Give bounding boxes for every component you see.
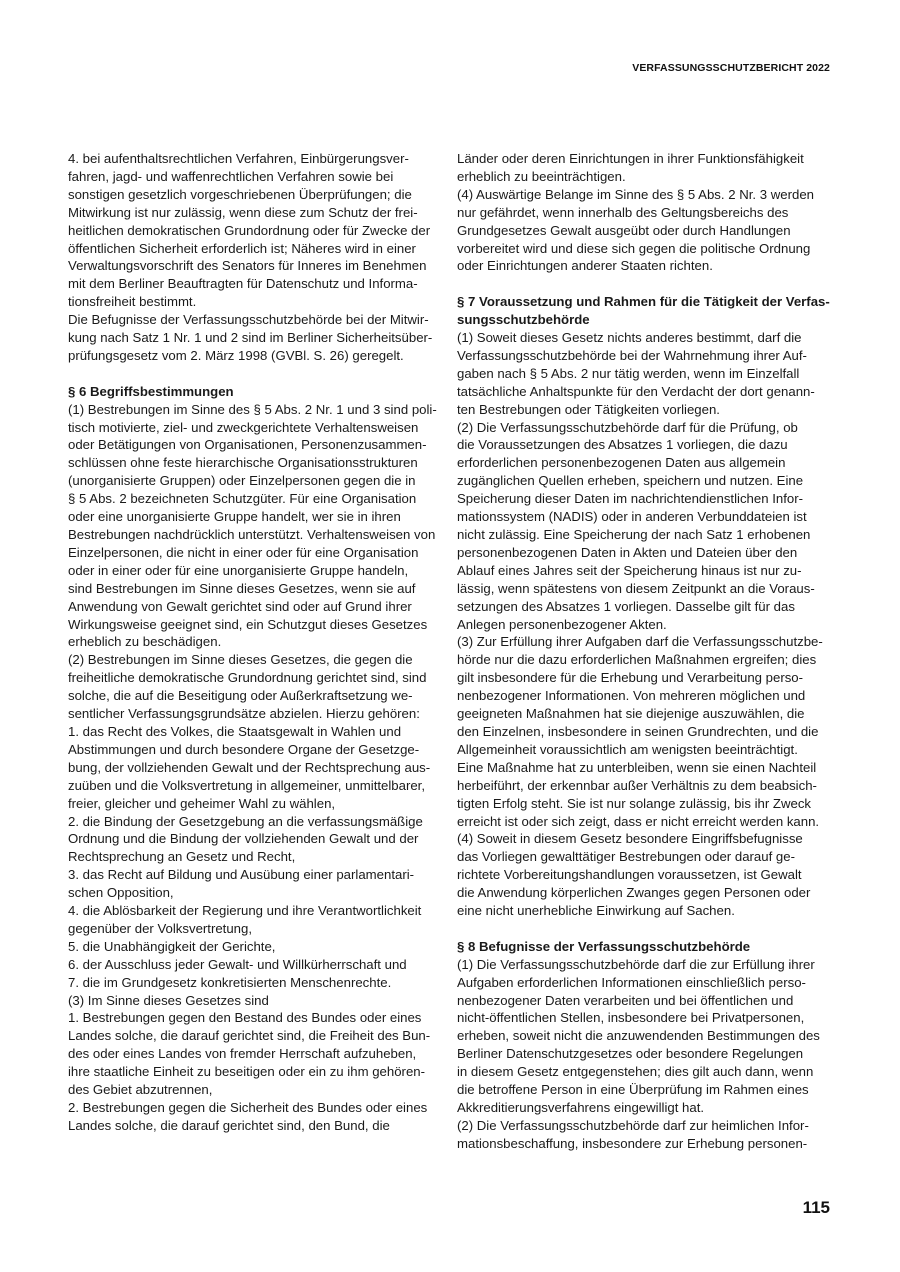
text-line: zuüben und die Volksvertretung in allgem… (68, 777, 440, 795)
text-line: kung nach Satz 1 Nr. 1 und 2 sind im Ber… (68, 329, 440, 347)
text-line: Mitwirkung ist nur zulässig, wenn diese … (68, 204, 440, 222)
text-line: nicht-öffentlichen Stellen, insbesondere… (457, 1009, 837, 1027)
text-line: tatsächliche Anhaltspunkte für den Verda… (457, 383, 837, 401)
section-heading: sungsschutzbehörde (457, 311, 837, 329)
text-line: das Vorliegen gewalttätiger Bestrebungen… (457, 848, 837, 866)
text-line: des oder eines Landes von fremder Herrsc… (68, 1045, 440, 1063)
text-line: gilt insbesondere für die Erhebung und V… (457, 669, 837, 687)
text-line: 5. die Unabhängigkeit der Gerichte, (68, 938, 440, 956)
text-line: die Voraussetzungen des Absatzes 1 vorli… (457, 436, 837, 454)
text-line: erheben, soweit nicht die anzuwendenden … (457, 1027, 837, 1045)
text-line: mationsbeschaffung, insbesondere zur Erh… (457, 1135, 837, 1153)
text-line: mationssystem (NADIS) oder in anderen Ve… (457, 508, 837, 526)
text-line: 1. Bestrebungen gegen den Bestand des Bu… (68, 1009, 440, 1027)
text-line: ten Bestrebungen oder Tätigkeiten vorlie… (457, 401, 837, 419)
text-line: Verfassungsschutzbehörde bei der Wahrneh… (457, 347, 837, 365)
text-line: § 5 Abs. 2 bezeichneten Schutzgüter. Für… (68, 490, 440, 508)
text-line: oder Betätigungen von Organisationen, Pe… (68, 436, 440, 454)
text-line: schlüssen ohne feste hierarchische Organ… (68, 454, 440, 472)
text-line: (2) Die Verfassungsschutzbehörde darf zu… (457, 1117, 837, 1135)
text-line: geeigneten Maßnahmen hat sie diejenige a… (457, 705, 837, 723)
text-line: den Einzelnen, insbesondere in seinen Gr… (457, 723, 837, 741)
text-line: Ablauf eines Jahres seit der Speicherung… (457, 562, 837, 580)
text-line: 4. die Ablösbarkeit der Regierung und ih… (68, 902, 440, 920)
text-line: schen Opposition, (68, 884, 440, 902)
text-line: Länder oder deren Einrichtungen in ihrer… (457, 150, 837, 168)
text-line: freiheitliche demokratische Grundordnung… (68, 669, 440, 687)
text-line: die Anwendung körperlichen Zwanges gegen… (457, 884, 837, 902)
paragraph-spacer (457, 275, 837, 293)
text-line: zugänglichen Quellen erheben, speichern … (457, 472, 837, 490)
text-line: öffentlichen Sicherheit erforderlich ist… (68, 240, 440, 258)
text-line: freier, gleicher und geheimer Wahl zu wä… (68, 795, 440, 813)
text-line: Akkreditierungsverfahrens eingewilligt h… (457, 1099, 837, 1117)
text-line: sind Bestrebungen im Sinne dieses Gesetz… (68, 580, 440, 598)
text-line: richtete Vorbereitungshandlungen vorauss… (457, 866, 837, 884)
text-line: 1. das Recht des Volkes, die Staatsgewal… (68, 723, 440, 741)
text-line: erforderlichen personenbezogenen Daten a… (457, 454, 837, 472)
text-line: Rechtsprechung an Gesetz und Recht, (68, 848, 440, 866)
text-line: prüfungsgesetz vom 2. März 1998 (GVBl. S… (68, 347, 440, 365)
right-column: Länder oder deren Einrichtungen in ihrer… (457, 150, 837, 1153)
text-line: (4) Soweit in diesem Gesetz besondere Ei… (457, 830, 837, 848)
text-line: (3) Zur Erfüllung ihrer Aufgaben darf di… (457, 633, 837, 651)
text-line: (2) Die Verfassungsschutzbehörde darf fü… (457, 419, 837, 437)
text-line: erheblich zu beschädigen. (68, 633, 440, 651)
text-line: Speicherung dieser Daten im nachrichtend… (457, 490, 837, 508)
text-line: tionsfreiheit bestimmt. (68, 293, 440, 311)
text-line: Berliner Datenschutzgesetzes oder besond… (457, 1045, 837, 1063)
text-line: 2. Bestrebungen gegen die Sicherheit des… (68, 1099, 440, 1117)
text-line: Landes solche, die darauf gerichtet sind… (68, 1117, 440, 1135)
text-line: die betroffene Person in eine Überprüfun… (457, 1081, 837, 1099)
text-line: (1) Soweit dieses Gesetz nichts anderes … (457, 329, 837, 347)
text-line: in diesem Gesetz entgegenstehen; dies gi… (457, 1063, 837, 1081)
text-line: tigten Erfolg steht. Sie ist nur solange… (457, 795, 837, 813)
text-line: heitlichen demokratischen Grundordnung o… (68, 222, 440, 240)
section-heading: § 6 Begriffsbestimmungen (68, 383, 440, 401)
text-line: Anlegen personenbezogener Akten. (457, 616, 837, 634)
text-line: oder eine unorganisierte Gruppe handelt,… (68, 508, 440, 526)
text-line: oder in einer oder für eine unorganisier… (68, 562, 440, 580)
text-line: sentlicher Verfassungsgrundsätze abziele… (68, 705, 440, 723)
text-line: sonstigen gesetzlich vorgeschriebenen Üb… (68, 186, 440, 204)
text-line: gaben nach § 5 Abs. 2 nur tätig werden, … (457, 365, 837, 383)
text-line: Grundgesetzes Gewalt ausgeübt oder durch… (457, 222, 837, 240)
text-line: lässig, wenn spätestens von diesem Zeitp… (457, 580, 837, 598)
text-line: 2. die Bindung der Gesetzgebung an die v… (68, 813, 440, 831)
paragraph-spacer (457, 920, 837, 938)
text-line: 7. die im Grundgesetz konkretisierten Me… (68, 974, 440, 992)
text-line: Verwaltungsvorschrift des Senators für I… (68, 257, 440, 275)
text-line: hörde nur die dazu erforderlichen Maßnah… (457, 651, 837, 669)
text-line: ihre staatliche Einheit zu beseitigen od… (68, 1063, 440, 1081)
text-line: 6. der Ausschluss jeder Gewalt- und Will… (68, 956, 440, 974)
text-line: tisch motivierte, ziel- und zweckgericht… (68, 419, 440, 437)
text-line: solche, die auf die Beseitigung oder Auß… (68, 687, 440, 705)
text-line: mit dem Berliner Beauftragten für Datens… (68, 275, 440, 293)
text-line: personenbezogenen Daten in Akten und Dat… (457, 544, 837, 562)
text-line: Abstimmungen und durch besondere Organe … (68, 741, 440, 759)
left-column: 4. bei aufenthaltsrechtlichen Verfahren,… (68, 150, 440, 1135)
text-line: Eine Maßnahme hat zu unterbleiben, wenn … (457, 759, 837, 777)
text-line: Wirkungsweise geeignet sind, ein Schutzg… (68, 616, 440, 634)
text-line: (1) Die Verfassungsschutzbehörde darf di… (457, 956, 837, 974)
paragraph-spacer (68, 365, 440, 383)
text-line: gegenüber der Volksvertretung, (68, 920, 440, 938)
text-line: (3) Im Sinne dieses Gesetzes sind (68, 992, 440, 1010)
page-number: 115 (803, 1198, 830, 1218)
text-line: setzungen des Absatzes 1 vorliegen. Dass… (457, 598, 837, 616)
text-line: nenbezogener Daten verarbeiten und bei ö… (457, 992, 837, 1010)
text-line: oder Einrichtungen anderer Staaten richt… (457, 257, 837, 275)
text-line: nenbezogener Informationen. Von mehreren… (457, 687, 837, 705)
text-line: Landes solche, die darauf gerichtet sind… (68, 1027, 440, 1045)
text-line: (unorganisierte Gruppen) oder Einzelpers… (68, 472, 440, 490)
section-heading: § 7 Voraussetzung und Rahmen für die Tät… (457, 293, 837, 311)
text-line: 4. bei aufenthaltsrechtlichen Verfahren,… (68, 150, 440, 168)
text-line: erheblich zu beeinträchtigen. (457, 168, 837, 186)
running-header: VERFASSUNGSSCHUTZBERICHT 2022 (632, 62, 830, 74)
text-line: Die Befugnisse der Verfassungsschutzbehö… (68, 311, 440, 329)
text-line: Anwendung von Gewalt gerichtet sind oder… (68, 598, 440, 616)
text-line: nicht zulässig. Eine Speicherung der nac… (457, 526, 837, 544)
text-line: des Gebiet abzutrennen, (68, 1081, 440, 1099)
text-line: nur gefährdet, wenn innerhalb des Geltun… (457, 204, 837, 222)
text-line: Aufgaben erforderlichen Informationen ei… (457, 974, 837, 992)
text-line: Bestrebungen nachdrücklich unterstützt. … (68, 526, 440, 544)
section-heading: § 8 Befugnisse der Verfassungsschutzbehö… (457, 938, 837, 956)
text-line: Einzelpersonen, die nicht in einer oder … (68, 544, 440, 562)
text-line: Allgemeinheit voraussichtlich am wenigst… (457, 741, 837, 759)
text-line: (1) Bestrebungen im Sinne des § 5 Abs. 2… (68, 401, 440, 419)
text-line: vorbereitet wird und diese sich gegen di… (457, 240, 837, 258)
text-line: (4) Auswärtige Belange im Sinne des § 5 … (457, 186, 837, 204)
text-line: fahren, jagd- und waffenrechtlichen Verf… (68, 168, 440, 186)
text-line: eine nicht unerhebliche Einwirkung auf S… (457, 902, 837, 920)
text-line: herbeiführt, der erkennbar außer Verhält… (457, 777, 837, 795)
text-line: erreicht ist oder sich zeigt, dass er ni… (457, 813, 837, 831)
text-line: (2) Bestrebungen im Sinne dieses Gesetze… (68, 651, 440, 669)
text-line: Ordnung und die Bindung der vollziehende… (68, 830, 440, 848)
text-line: bung, der vollziehenden Gewalt und der R… (68, 759, 440, 777)
text-line: 3. das Recht auf Bildung und Ausübung ei… (68, 866, 440, 884)
